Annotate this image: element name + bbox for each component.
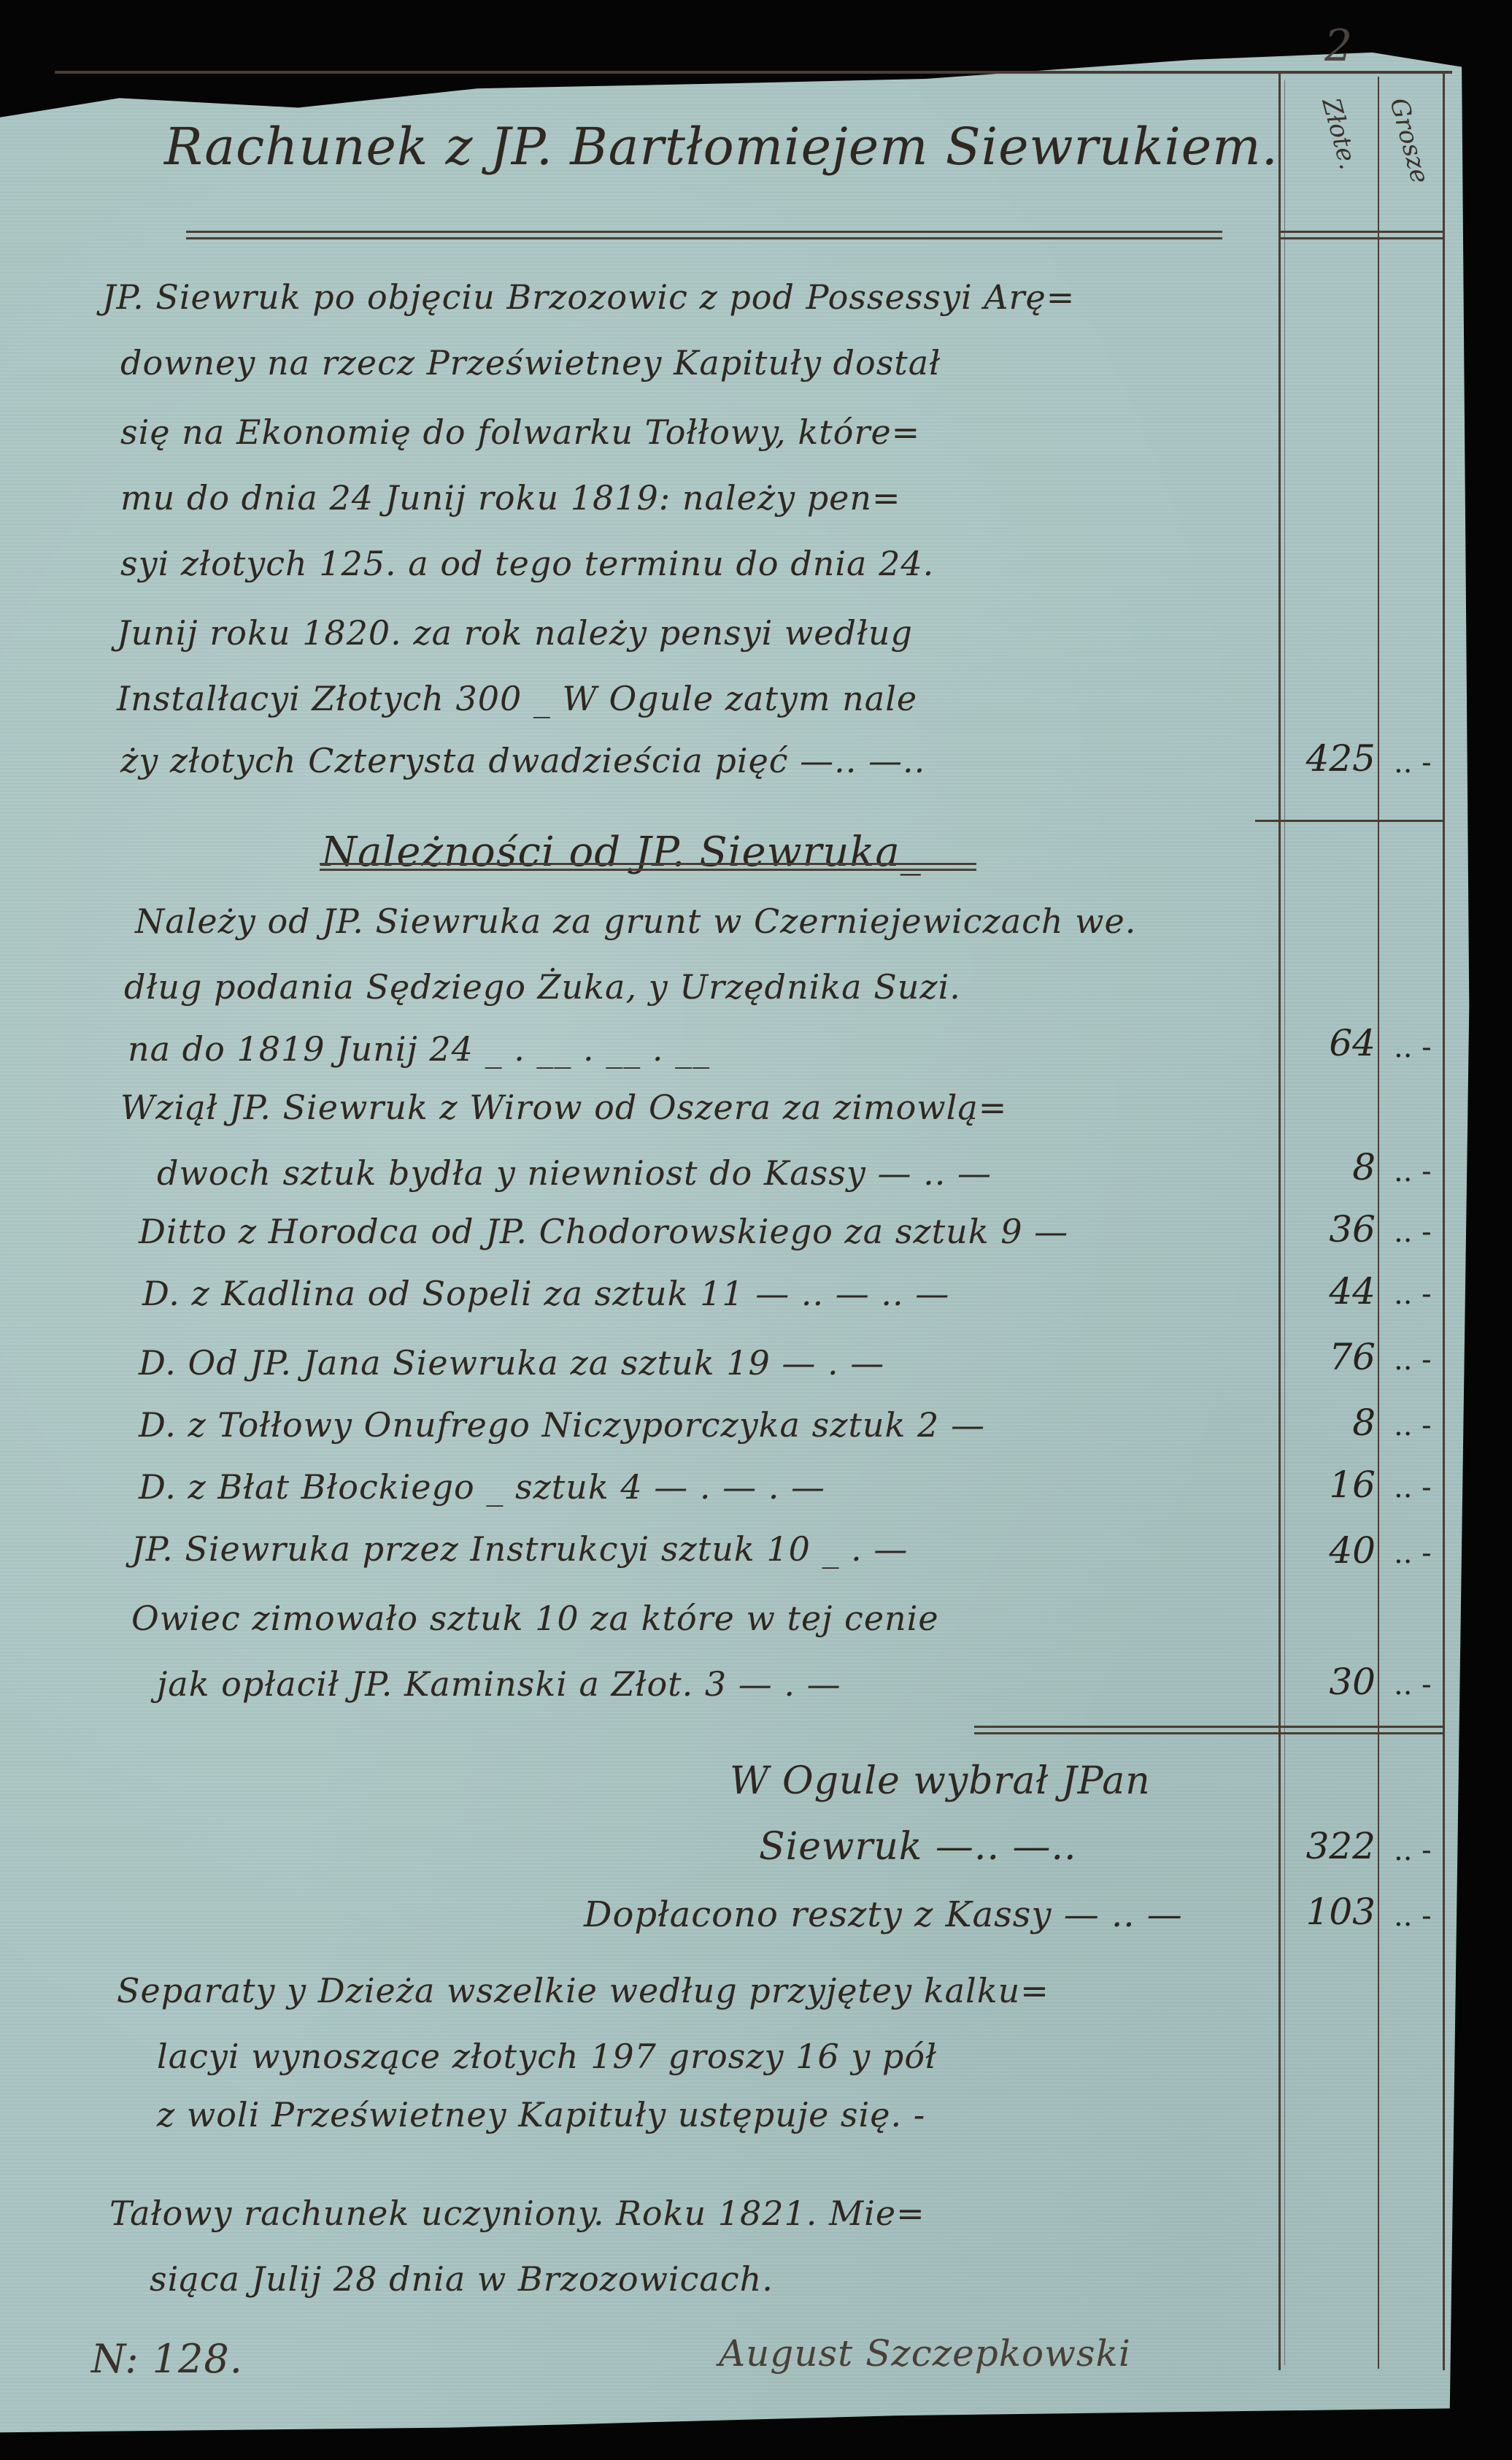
paid-from-treasury-zlote: 103 [1281, 1891, 1376, 1933]
closing-line: siąca Julij 28 dnia w Brzozowicach. [150, 2259, 774, 2299]
entry-amount-grosze: .. - [1394, 1668, 1432, 1702]
grosze-column-left-line [1378, 77, 1379, 2369]
entry-amount-zlote: 8 [1281, 1146, 1376, 1188]
entry-amount-zlote: 40 [1281, 1529, 1376, 1572]
entry-amount-zlote: 44 [1281, 1270, 1376, 1312]
entry-line: jak opłacił JP. Kaminski a Złot. 3 — . — [157, 1664, 841, 1704]
entry-amount-zlote: 16 [1281, 1464, 1376, 1506]
paragraph-line: JP. Siewruk po objęciu Brzozowic z pod P… [102, 277, 1075, 317]
entry-line: D. z Kadlina od Sopeli za sztuk 11 — .. … [142, 1274, 949, 1313]
total-collected-label: W Ogule wybrał JPan [730, 1759, 1151, 1803]
entry-line: D. z Tołłowy Onufrego Niczyporczyka sztu… [139, 1405, 985, 1445]
entry-amount-grosze: .. - [1394, 1155, 1432, 1188]
entry-line: Należy od JP. Siewruka za grunt w Czerni… [135, 902, 1136, 941]
paragraph-line: downey na rzecz Prześwietney Kapituły do… [120, 343, 941, 383]
column-header-rule-top [1278, 231, 1443, 233]
entry-amount-grosze: .. - [1394, 1031, 1432, 1064]
paragraph-line: syi złotych 125. a od tego terminu do dn… [120, 544, 934, 583]
entry-amount-grosze: .. - [1394, 1471, 1432, 1504]
entry-amount-zlote: 30 [1281, 1661, 1376, 1703]
grosze-column-right-line [1443, 71, 1445, 2370]
paid-from-treasury-label: Dopłacono reszty z Kassy — .. — [584, 1894, 1183, 1935]
paragraph-line: Junij roku 1820. za rok należy pensyi we… [117, 613, 913, 653]
total-collected-zlote: 322 [1281, 1825, 1376, 1867]
file-number: N: 128. [91, 2336, 243, 2382]
amount-grosze-salary: .. - [1394, 746, 1432, 780]
paragraph-line: się na Ekonomię do folwarku Tołłowy, któ… [120, 412, 920, 452]
entry-amount-grosze: .. - [1394, 1409, 1432, 1442]
title-double-rule-top [186, 231, 1222, 233]
paragraph-line: Instalłacyi Złotych 300 _ W Ogule zatym … [117, 679, 917, 718]
entry-amount-grosze: .. - [1394, 1277, 1432, 1311]
entry-line: Wziął JP. Siewruk z Wirow od Oszera za z… [120, 1088, 1007, 1127]
entry-amount-grosze: .. - [1394, 1215, 1432, 1249]
paragraph-line: mu do dnia 24 Junij roku 1819: należy pe… [120, 478, 901, 518]
top-rule [55, 71, 1452, 74]
entry-line: Owiec zimowało sztuk 10 za które w tej c… [131, 1599, 939, 1638]
entry-amount-zlote: 8 [1281, 1402, 1376, 1444]
heading-double-rule-bottom [320, 869, 976, 871]
entry-line: D. Od JP. Jana Siewruka za sztuk 19 — . … [139, 1343, 884, 1383]
entry-line: dług podania Sędziego Żuka, y Urzędnika … [124, 967, 961, 1007]
note-line: Separaty y Dzieża wszelkie według przyję… [117, 1971, 1049, 2010]
entry-line: D. z Błat Błockiego _ sztuk 4 — . — . — [139, 1467, 825, 1507]
note-line: z woli Prześwietney Kapituły ustępuje si… [157, 2095, 925, 2134]
entry-amount-zlote: 36 [1281, 1208, 1376, 1250]
page-number: 2 [1324, 20, 1353, 72]
paragraph-line: ży złotych Czterysta dwadzieścia pięć —.… [120, 741, 925, 780]
amount-zlote-salary: 425 [1281, 737, 1376, 780]
signature: August Szczepkowski [719, 2332, 1131, 2375]
column-header-rule-bottom [1278, 237, 1443, 239]
total-collected-label-cont: Siewruk —.. —.. [759, 1825, 1077, 1869]
closing-line: Tałowy rachunek uczyniony. Roku 1821. Mi… [109, 2194, 925, 2233]
entry-amount-grosze: .. - [1394, 1343, 1432, 1377]
salary-underline [1255, 820, 1445, 822]
note-line: lacyi wynoszące złotych 197 groszy 16 y … [157, 2037, 937, 2076]
entry-amount-zlote: 64 [1281, 1022, 1376, 1064]
entry-line: na do 1819 Junij 24 _ . __ . __ . __ [128, 1029, 710, 1069]
title-double-rule-bottom [186, 237, 1222, 239]
entry-line: JP. Siewruka przez Instrukcyi sztuk 10 _… [131, 1529, 908, 1569]
heading-double-rule-top [320, 863, 976, 865]
totals-double-rule-top [974, 1726, 1445, 1728]
totals-double-rule-bottom [974, 1732, 1445, 1734]
total-collected-grosze: .. - [1394, 1834, 1432, 1867]
entry-line: dwoch sztuk bydła y niewniost do Kassy —… [157, 1153, 992, 1193]
entry-amount-grosze: .. - [1394, 1537, 1432, 1570]
paid-from-treasury-grosze: .. - [1394, 1899, 1432, 1933]
document-title: Rachunek z JP. Bartłomiejem Siewrukiem. [164, 117, 1278, 177]
entry-line: Ditto z Horodca od JP. Chodorowskiego za… [139, 1212, 1068, 1251]
entry-amount-zlote: 76 [1281, 1336, 1376, 1378]
